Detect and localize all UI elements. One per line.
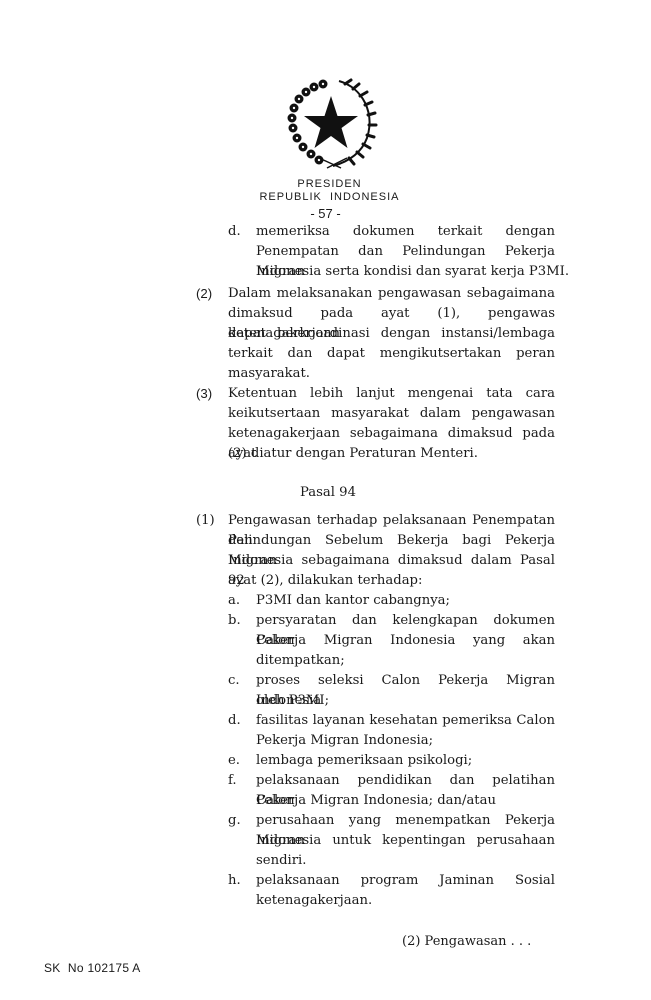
text-line: Pekerja Migran Indonesia; dan/atau: [256, 791, 496, 811]
text-line: Dalam melaksanakan pengawasan sebagaiman…: [228, 284, 555, 304]
paragraph-label: (2): [196, 284, 212, 304]
document-code: SK No 102175 A: [44, 961, 141, 975]
text-line: Ketentuan lebih lanjut mengenai tata car…: [228, 384, 555, 404]
text-line: sendiri.: [256, 851, 306, 871]
text-line: terkait dan dapat mengikutsertakan peran: [228, 344, 555, 364]
page-number: - 57 -: [0, 206, 651, 221]
item-label: b.: [228, 611, 241, 631]
text-line: Indonesia untuk kepentingan perusahaan: [256, 831, 555, 851]
text-line: masyarakat.: [228, 364, 310, 384]
text-line: ditempatkan;: [256, 651, 345, 671]
presidential-star-emblem-icon: [283, 78, 379, 170]
text-line: P3MI dan kantor cabangnya;: [256, 591, 450, 611]
item-label: h.: [228, 871, 241, 891]
item-label: d.: [228, 711, 241, 731]
text-line: (2) diatur dengan Peraturan Menteri.: [228, 444, 478, 464]
text-line: lembaga pemeriksaan psikologi;: [256, 751, 472, 771]
paragraph-label: (1): [196, 511, 215, 531]
item-label: d.: [228, 222, 241, 242]
text-line: ketenagakerjaan.: [256, 891, 372, 911]
paragraph-label: (3): [196, 384, 212, 404]
header-title: PRESIDEN: [4, 178, 651, 190]
item-label: c.: [228, 671, 240, 691]
text-line: pelaksanaan program Jaminan Sosial: [256, 871, 555, 891]
next-page-cue: (2) Pengawasan . . .: [402, 934, 531, 949]
text-line: memeriksa dokumen terkait dengan: [256, 222, 555, 242]
text-line: dapat berkoordinasi dengan instansi/lemb…: [228, 324, 555, 344]
item-label: a.: [228, 591, 240, 611]
item-label: e.: [228, 751, 240, 771]
item-label: g.: [228, 811, 241, 831]
header-subtitle: REPUBLIK INDONESIA: [4, 191, 651, 203]
text-line: Pekerja Migran Indonesia yang akan: [256, 631, 555, 651]
text-line: keikutsertaan masyarakat dalam pengawasa…: [228, 404, 555, 424]
text-line: Pekerja Migran Indonesia;: [256, 731, 433, 751]
text-line: ayat (2), dilakukan terhadap:: [228, 571, 422, 591]
article-title: Pasal 94: [300, 483, 356, 503]
text-line: oleh P3MI;: [256, 691, 329, 711]
text-line: Indonesia serta kondisi dan syarat kerja…: [256, 262, 569, 282]
item-label: f.: [228, 771, 237, 791]
text-line: fasilitas layanan kesehatan pemeriksa Ca…: [256, 711, 555, 731]
